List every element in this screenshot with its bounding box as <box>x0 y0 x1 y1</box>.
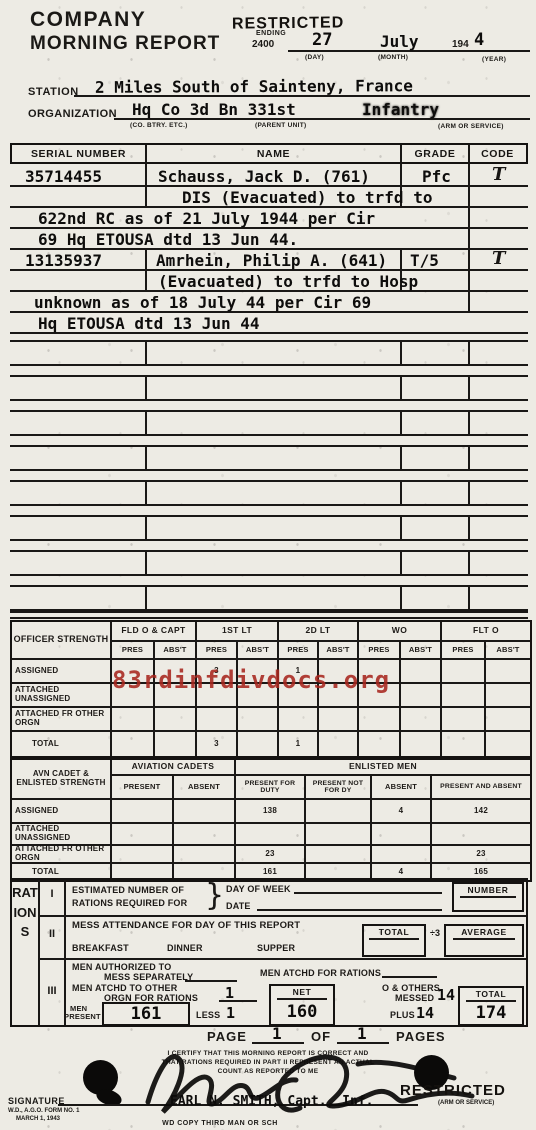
remark-line: (Evacuated) to trfd to Hosp <box>158 272 418 291</box>
column-divider <box>400 552 402 574</box>
month-caption: (MONTH) <box>378 54 408 61</box>
remark-line: Hq ETOUSA dtd 13 Jun 44 <box>38 314 260 333</box>
cell <box>442 660 486 684</box>
men-present-value: 161 <box>131 1004 162 1024</box>
cell <box>238 732 279 756</box>
mess-separately-label: MESS SEPARATELY <box>104 972 193 982</box>
cell <box>112 800 174 824</box>
date-label: DATE <box>226 901 251 911</box>
net-box-label: NET <box>277 986 328 1000</box>
morning-report-document: COMPANY MORNING REPORT RESTRICTED ENDING… <box>0 0 536 1130</box>
enlisted-row-assigned: ASSIGNED <box>12 800 112 824</box>
officer-total-1stlt-pres: 3 <box>197 732 238 756</box>
column-divider <box>400 517 402 539</box>
column-divider <box>468 164 470 185</box>
column-divider <box>400 248 402 269</box>
brace-glyph: } <box>205 878 224 913</box>
cell <box>279 708 319 732</box>
cell <box>442 708 486 732</box>
day-caption: (DAY) <box>305 54 324 61</box>
cell <box>112 846 174 864</box>
cell <box>442 684 486 708</box>
empty-roster-row <box>10 445 528 471</box>
column-divider <box>468 206 470 227</box>
column-divider <box>468 248 470 269</box>
less-value: 1 <box>226 1004 235 1022</box>
column-divider <box>145 185 147 206</box>
officer-group-flto: FLT O <box>442 622 530 642</box>
mess-separately-rule <box>185 980 237 982</box>
rations-divider-2 <box>40 958 526 960</box>
column-divider <box>145 164 147 185</box>
cell <box>174 846 236 864</box>
cell <box>319 732 359 756</box>
org-sub-arm: (ARM OR SERVICE) <box>438 123 504 130</box>
remark-line: 69 Hq ETOUSA dtd 13 Jun 44. <box>38 230 298 249</box>
cell <box>372 846 432 864</box>
subcol-abst: ABS'T <box>319 642 359 660</box>
average-box-label: AVERAGE <box>453 926 515 940</box>
subcol-abst: ABS'T <box>486 642 530 660</box>
less-label: LESS <box>196 1010 220 1020</box>
mess-attendance-heading: MESS ATTENDANCE FOR DAY OF THIS REPORT <box>72 920 300 931</box>
officer-group-fldo-capt: FLD O & CAPT <box>112 622 197 642</box>
group-enlisted-men: ENLISTED MEN <box>236 760 530 776</box>
form-title-line1: COMPANY <box>30 8 146 32</box>
column-divider <box>468 587 470 609</box>
column-divider <box>468 517 470 539</box>
station-value: 2 Miles South of Sainteny, France <box>95 76 413 97</box>
men-atchd-other-label: MEN ATCHD TO OTHER <box>72 983 177 993</box>
subcol-pres: PRES <box>279 642 319 660</box>
enlisted-attached-pfd: 23 <box>236 846 306 864</box>
cell <box>486 732 530 756</box>
cell <box>155 732 197 756</box>
soldier-name: Amrhein, Philip A. (641) <box>156 251 387 270</box>
men-atchd-for-rations-label: MEN ATCHD FOR RATIONS <box>260 968 381 978</box>
column-divider <box>145 412 147 434</box>
total-box: TOTAL <box>362 924 426 957</box>
atchd-rule <box>219 1000 257 1002</box>
enlisted-strength-table: AVN CADET & ENLISTED STRENGTH AVIATION C… <box>10 758 532 882</box>
column-divider <box>468 412 470 434</box>
enlisted-assigned-absent: 4 <box>372 800 432 824</box>
column-divider <box>145 482 147 504</box>
cell <box>112 708 155 732</box>
rations-side-label: RATIONS <box>12 880 40 1025</box>
column-divider <box>145 447 147 469</box>
column-divider <box>468 482 470 504</box>
officer-total-2dlt-pres: 1 <box>279 732 319 756</box>
cell <box>359 732 401 756</box>
cell <box>306 800 372 824</box>
empty-roster-row <box>10 375 528 401</box>
column-divider <box>400 377 402 399</box>
day-of-week-rule <box>294 892 442 894</box>
signature-scrawl <box>0 1030 536 1130</box>
roster-col-name: NAME <box>147 145 400 162</box>
rations-section: RATIONS I II III ESTIMATED NUMBER OF RAT… <box>10 878 528 1027</box>
organization-label: ORGANIZATION <box>28 108 117 120</box>
column-divider <box>400 587 402 609</box>
column-divider <box>145 517 147 539</box>
remark-line: unknown as of 18 July 44 per Cir 69 <box>34 293 371 312</box>
officer-table-title: OFFICER STRENGTH <box>12 622 112 660</box>
cell <box>372 824 432 846</box>
date-rule-line <box>257 909 442 911</box>
code: T <box>492 164 505 185</box>
section-divider-rule <box>10 611 528 619</box>
rations-total-label: TOTAL <box>466 988 517 1002</box>
section-numeral-i: I <box>40 888 64 900</box>
divide-by-three: ÷3 <box>430 928 440 938</box>
organization-service-value: Infantry <box>362 100 439 119</box>
roster-col-grade: GRADE <box>402 145 468 162</box>
roster-header-row: SERIAL NUMBER NAME GRADE CODE <box>10 143 528 164</box>
col-present-and-absent: PRESENT AND ABSENT <box>432 776 530 800</box>
roster-row-8: Hq ETOUSA dtd 13 Jun 44 <box>10 311 528 334</box>
subcol-pres: PRES <box>197 642 238 660</box>
column-divider <box>145 342 147 364</box>
subcol-pres: PRES <box>442 642 486 660</box>
column-divider <box>145 552 147 574</box>
date-day-value: 27 <box>312 30 332 50</box>
column-divider <box>400 412 402 434</box>
ending-time: 2400 <box>252 39 274 50</box>
column-divider <box>400 447 402 469</box>
col-cadets-present: PRESENT <box>112 776 174 800</box>
subcol-pres: PRES <box>112 642 155 660</box>
roster-row-2: DIS (Evacuated) to trfd to <box>10 185 528 208</box>
restricted-stamp-bottom: RESTRICTED <box>400 1082 506 1099</box>
column-divider <box>468 377 470 399</box>
column-divider <box>145 248 147 269</box>
men-present-box: 161 <box>102 1002 190 1026</box>
cell <box>112 732 155 756</box>
cell <box>401 660 442 684</box>
empty-roster-row <box>10 515 528 541</box>
rations-numeral-column: I II III <box>40 880 66 1025</box>
men-present-label-2: PRESENT <box>64 1012 101 1021</box>
enlisted-table-title: AVN CADET & ENLISTED STRENGTH <box>12 760 112 800</box>
cell <box>174 800 236 824</box>
cell <box>486 708 530 732</box>
subcol-abst: ABS'T <box>238 642 279 660</box>
year-printed: 194 <box>452 39 469 50</box>
officer-group-2dlt: 2D LT <box>279 622 359 642</box>
org-sub-parent: (PARENT UNIT) <box>255 122 306 129</box>
group-aviation-cadets: AVIATION CADETS <box>112 760 236 776</box>
serial-number: 13135937 <box>25 251 102 270</box>
cell <box>306 846 372 864</box>
cell <box>197 708 238 732</box>
cell <box>432 824 530 846</box>
officer-row-attached-fr-other: ATTACHED FR OTHER ORGN <box>12 708 112 732</box>
col-present-not-for-duty: PRESENT NOT FOR DY <box>306 776 372 800</box>
remark-line: 622nd RC as of 21 July 1944 per Cir <box>38 209 375 228</box>
men-atchd-rule <box>382 976 437 978</box>
column-divider <box>468 552 470 574</box>
enlisted-row-attached-fr-other: ATTACHED FR OTHER ORGN <box>12 846 112 864</box>
others-label-2: MESSED <box>395 993 434 1003</box>
roster-row-4: 69 Hq ETOUSA dtd 13 Jun 44. <box>10 227 528 250</box>
cell <box>359 708 401 732</box>
enlisted-attached-pa: 23 <box>432 846 530 864</box>
enlisted-assigned-pfd: 138 <box>236 800 306 824</box>
year-caption: (YEAR) <box>482 56 506 63</box>
roster-row-6: (Evacuated) to trfd to Hosp <box>10 269 528 292</box>
breakfast-label: BREAKFAST <box>72 943 129 953</box>
cell <box>486 660 530 684</box>
plus-label: PLUS <box>390 1010 415 1020</box>
cell <box>306 824 372 846</box>
section-numeral-ii: II <box>40 928 64 940</box>
column-divider <box>145 587 147 609</box>
org-sub-co: (CO. BTRY. ETC.) <box>130 122 188 129</box>
archive-watermark: 83rdinfdivdocs.org <box>112 666 390 694</box>
empty-roster-row <box>10 550 528 576</box>
others-label-1: O & OTHERS <box>382 983 440 993</box>
rations-i-line1: ESTIMATED NUMBER OF <box>72 885 184 895</box>
code: T <box>492 248 505 269</box>
roster-row-7: unknown as of 18 July 44 per Cir 69 <box>10 290 528 313</box>
roster-col-serial: SERIAL NUMBER <box>12 145 145 162</box>
plus-value: 14 <box>416 1004 434 1022</box>
subcol-abst: ABS'T <box>155 642 197 660</box>
cell <box>442 732 486 756</box>
section-numeral-iii: III <box>40 985 64 997</box>
serial-number: 35714455 <box>25 167 102 186</box>
empty-roster-row <box>10 340 528 366</box>
cell <box>319 708 359 732</box>
supper-label: SUPPER <box>257 943 295 953</box>
net-box: NET 160 <box>269 984 335 1026</box>
empty-roster-row <box>10 410 528 436</box>
cell <box>401 732 442 756</box>
column-divider <box>468 269 470 290</box>
ending-label: ENDING <box>256 30 286 37</box>
total-box-label: TOTAL <box>369 926 418 940</box>
enlisted-assigned-pa: 142 <box>432 800 530 824</box>
roster-row-1: 35714455 Schauss, Jack D. (761) Pfc T <box>10 164 528 187</box>
day-of-week-label: DAY OF WEEK <box>226 884 291 894</box>
cell <box>174 824 236 846</box>
empty-roster-row <box>10 585 528 611</box>
column-divider <box>400 482 402 504</box>
rations-i-line2: RATIONS REQUIRED FOR <box>72 898 187 908</box>
cell <box>236 824 306 846</box>
col-cadets-absent: ABSENT <box>174 776 236 800</box>
soldier-name: Schauss, Jack D. (761) <box>158 167 370 186</box>
roster-row-5: 13135937 Amrhein, Philip A. (641) T/5 T <box>10 248 528 271</box>
column-divider <box>400 164 402 185</box>
others-value: 14 <box>437 986 455 1004</box>
rations-total-value: 174 <box>476 1002 507 1023</box>
officer-group-wo: WO <box>359 622 442 642</box>
column-divider <box>145 377 147 399</box>
grade: T/5 <box>410 251 439 270</box>
subcol-pres: PRES <box>359 642 401 660</box>
date-year-value: 4 <box>474 30 484 50</box>
column-divider <box>468 227 470 248</box>
column-divider <box>468 342 470 364</box>
form-title-line2: MORNING REPORT <box>30 33 220 55</box>
organization-value: Hq Co 3d Bn 331st <box>132 100 296 119</box>
column-divider <box>400 342 402 364</box>
net-value: 160 <box>287 1000 318 1022</box>
subcol-abst: ABS'T <box>401 642 442 660</box>
station-label: STATION <box>28 86 79 98</box>
roster-row-3: 622nd RC as of 21 July 1944 per Cir <box>10 206 528 229</box>
column-divider <box>468 185 470 206</box>
dinner-label: DINNER <box>167 943 203 953</box>
column-divider <box>468 290 470 311</box>
cell <box>112 824 174 846</box>
cell <box>155 708 197 732</box>
number-box: NUMBER <box>452 882 524 912</box>
col-absent: ABSENT <box>372 776 432 800</box>
cell <box>238 708 279 732</box>
rations-divider-1 <box>40 915 526 917</box>
officer-group-1stlt: 1ST LT <box>197 622 279 642</box>
officer-row-total: TOTAL <box>12 732 112 756</box>
officer-row-attached-unassigned: ATTACHED UNASSIGNED <box>12 684 112 708</box>
col-present-for-duty: PRESENT FOR DUTY <box>236 776 306 800</box>
cell <box>401 708 442 732</box>
empty-roster-row <box>10 480 528 506</box>
cell <box>401 684 442 708</box>
average-box: AVERAGE <box>444 924 524 957</box>
number-box-label: NUMBER <box>460 884 516 898</box>
enlisted-row-attached-unassigned: ATTACHED UNASSIGNED <box>12 824 112 846</box>
cell <box>486 684 530 708</box>
grade: Pfc <box>422 167 451 186</box>
remark-line: DIS (Evacuated) to trfd to <box>182 188 432 207</box>
column-divider <box>468 447 470 469</box>
men-authorized-label: MEN AUTHORIZED TO <box>72 962 171 972</box>
date-month-value: July <box>380 32 419 51</box>
rations-total-box: TOTAL 174 <box>458 986 524 1026</box>
column-divider <box>145 269 147 290</box>
officer-row-assigned: ASSIGNED <box>12 660 112 684</box>
roster-col-code: CODE <box>470 145 525 162</box>
